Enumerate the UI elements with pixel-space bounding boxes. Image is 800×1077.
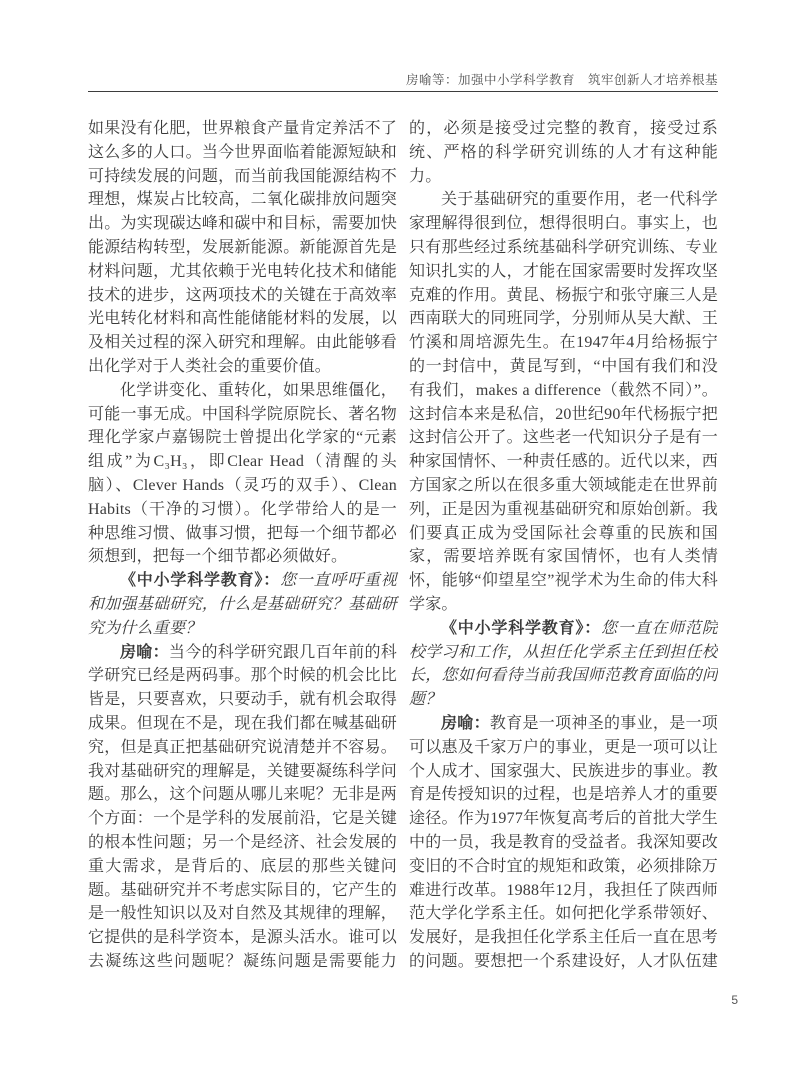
text-segment-bold: 《中小学科学教育》： <box>120 572 280 589</box>
text-segment-bold: 房喻： <box>120 644 169 661</box>
paragraph-question: 《中小学科学教育》：您一直在师范院校学习和工作，从担任化学系主任到担任校长，您如… <box>409 617 718 712</box>
paragraph-question: 《中小学科学教育》：您一直呼吁重视和加强基础研究，什么是基础研究？基础研究为什么… <box>88 569 397 640</box>
article-body: 如果没有化肥，世界粮食产量肯定养活不了这么多的人口。当今世界面临着能源短缺和可持… <box>88 117 718 977</box>
text-segment-bold: 《中小学科学教育》： <box>441 620 601 637</box>
text-segment-bold: 房喻： <box>441 715 490 732</box>
header-rule <box>88 91 718 92</box>
running-title: 房喻等：加强中小学科学教育 筑牢创新人才培养根基 <box>88 72 718 88</box>
page-number: 5 <box>731 993 738 1007</box>
paragraph-body: 关于基础研究的重要作用，老一代科学家理解得很到位，想得很明白。事实上，也只有那些… <box>409 188 718 616</box>
journal-page: 房喻等：加强中小学科学教育 筑牢创新人才培养根基 如果没有化肥，世界粮食产量肯定… <box>0 0 800 1077</box>
page-footer: 5 <box>731 993 738 1007</box>
text-segment-normal: 如果没有化肥，世界粮食产量肯定养活不了这么多的人口。当今世界面临着能源短缺和可持… <box>88 120 397 375</box>
text-segment-normal: 化学讲变化、重转化，如果思维僵化，可能一事无成。中国科学院原院长、著名物理化学家… <box>88 382 397 566</box>
paragraph-body: 化学讲变化、重转化，如果思维僵化，可能一事无成。中国科学院原院长、著名物理化学家… <box>88 379 397 569</box>
paragraph-body-continuation: 如果没有化肥，世界粮食产量肯定养活不了这么多的人口。当今世界面临着能源短缺和可持… <box>88 117 397 379</box>
text-segment-normal: 关于基础研究的重要作用，老一代科学家理解得很到位，想得很明白。事实上，也只有那些… <box>409 191 718 613</box>
page-header: 房喻等：加强中小学科学教育 筑牢创新人才培养根基 <box>88 72 718 92</box>
